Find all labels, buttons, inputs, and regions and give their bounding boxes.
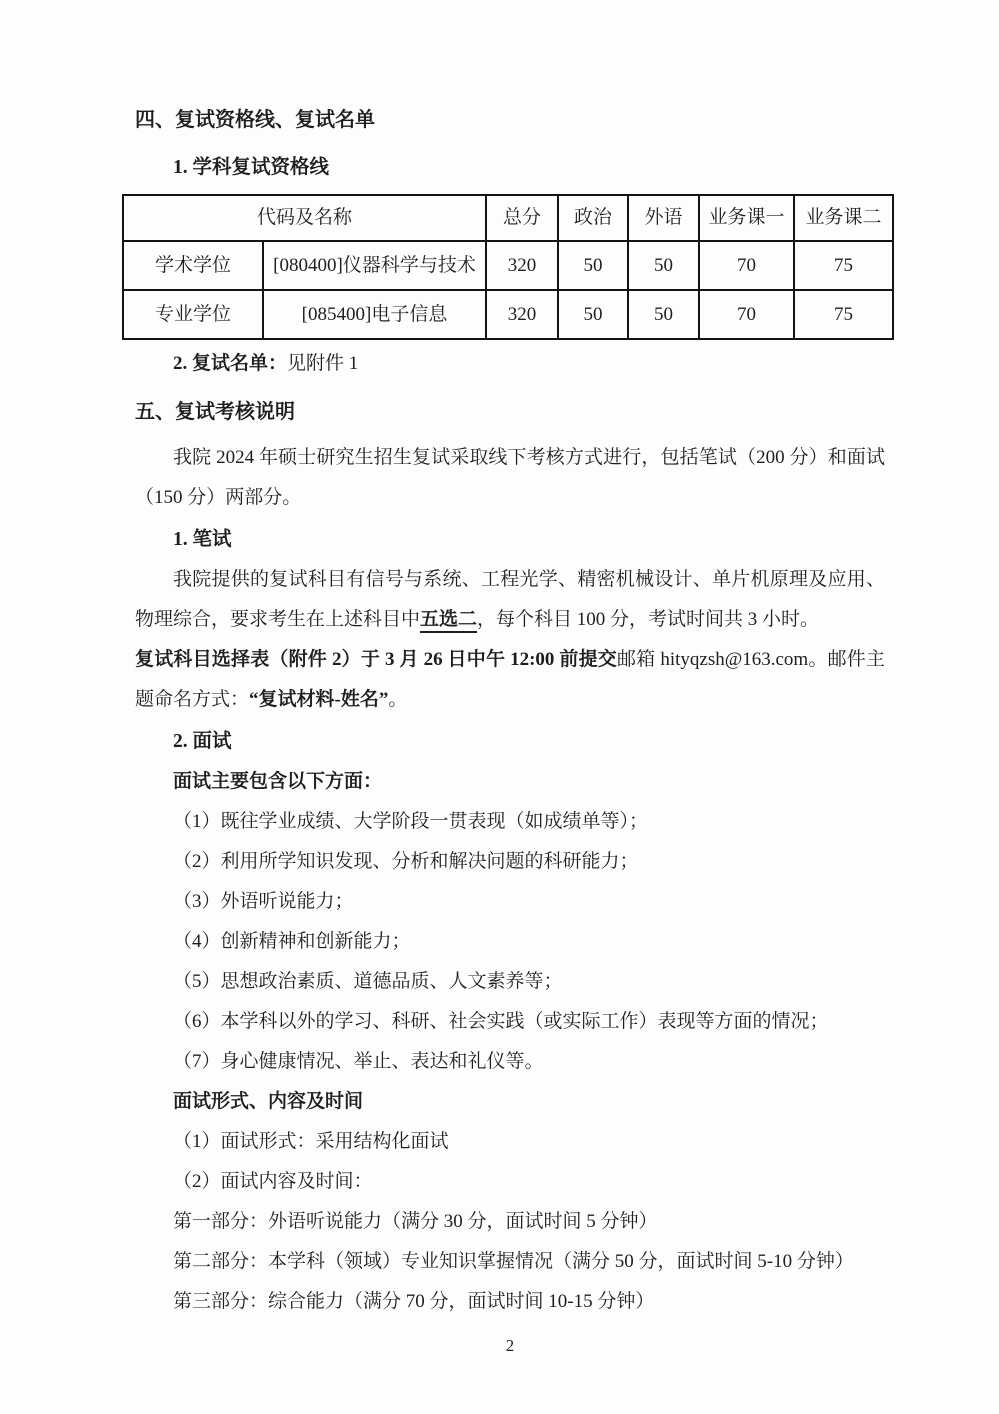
interview-part-item: 第三部分：综合能力（满分 70 分，面试时间 10-15 分钟） [135,1282,885,1322]
cell-politics: 50 [558,241,628,290]
cell-foreign-lang: 50 [628,241,699,290]
written-exam-text-2: ，每个科目 100 分，考试时间共 3 小时。 [477,609,819,630]
table-row-professional: 专业学位 [085400]电子信息 320 50 50 70 75 [123,290,893,339]
interview-part-item: 第二部分：本学科（领域）专业知识掌握情况（满分 50 分，面试时间 5-10 分… [135,1242,885,1282]
email-subject-format-text: “复试材料-姓名” [249,689,388,710]
cell-total: 320 [486,241,558,290]
section4-sub2-line: 2. 复试名单：见附件 1 [135,344,885,384]
submission-end-punct: 。 [388,689,407,710]
resit-list-value: 见附件 1 [287,353,358,374]
header-cell-course2: 业务课二 [794,195,893,241]
cell-course2: 75 [794,241,893,290]
table-row-academic: 学术学位 [080400]仪器科学与技术 320 50 50 70 75 [123,241,893,290]
document-page: 四、复试资格线、复试名单 1. 学科复试资格线 代码及名称 总分 政治 外语 业… [0,0,999,1414]
page-number: 2 [135,1330,885,1362]
interview-aspect-item: （4）创新精神和创新能力； [135,922,885,962]
interview-aspects-title: 面试主要包含以下方面： [135,762,885,802]
written-exam-paragraph: 我院提供的复试科目有信号与系统、工程光学、精密机械设计、单片机原理及应用、物理综… [135,560,885,640]
interview-aspect-item: （6）本学科以外的学习、科研、社会实践（或实际工作）表现等方面的情况； [135,1002,885,1042]
cell-course1: 70 [699,290,794,339]
header-cell-total: 总分 [486,195,558,241]
interview-aspect-item: （7）身心健康情况、举止、表达和礼仪等。 [135,1042,885,1082]
section4-heading: 四、复试资格线、复试名单 [135,100,885,140]
section5-heading: 五、复试考核说明 [135,392,885,432]
cell-degree-type: 专业学位 [123,290,263,339]
resit-list-label: 2. 复试名单： [173,353,287,374]
cell-course2: 75 [794,290,893,339]
cell-course1: 70 [699,241,794,290]
submission-deadline-text: 复试科目选择表（附件 2）于 3 月 26 日中午 12:00 前提交 [135,649,617,670]
section4-sub1-heading: 1. 学科复试资格线 [135,148,885,188]
interview-aspect-item: （2）利用所学知识发现、分析和解决问题的科研能力； [135,842,885,882]
subject-form-submission-paragraph: 复试科目选择表（附件 2）于 3 月 26 日中午 12:00 前提交邮箱 hi… [135,640,885,720]
interview-part-item: 第一部分：外语听说能力（满分 30 分，面试时间 5 分钟） [135,1202,885,1242]
cell-politics: 50 [558,290,628,339]
interview-format-item: （2）面试内容及时间： [135,1162,885,1202]
written-exam-heading: 1. 笔试 [135,520,885,560]
choose-two-of-five-highlight: 五选二 [420,609,477,633]
header-cell-politics: 政治 [558,195,628,241]
section5-intro-paragraph: 我院 2024 年硕士研究生招生复试采取线下考核方式进行，包括笔试（200 分）… [135,438,885,518]
interview-format-item: （1）面试形式：采用结构化面试 [135,1122,885,1162]
interview-heading: 2. 面试 [135,722,885,762]
cell-code-name: [080400]仪器科学与技术 [263,241,486,290]
interview-aspect-item: （3）外语听说能力； [135,882,885,922]
interview-aspect-item: （5）思想政治素质、道德品质、人文素养等； [135,962,885,1002]
header-cell-code-name: 代码及名称 [123,195,486,241]
score-line-table: 代码及名称 总分 政治 外语 业务课一 业务课二 学术学位 [080400]仪器… [122,194,894,340]
cell-total: 320 [486,290,558,339]
table-header-row: 代码及名称 总分 政治 外语 业务课一 业务课二 [123,195,893,241]
cell-foreign-lang: 50 [628,290,699,339]
interview-format-title: 面试形式、内容及时间 [135,1082,885,1122]
cell-degree-type: 学术学位 [123,241,263,290]
cell-code-name: [085400]电子信息 [263,290,486,339]
header-cell-course1: 业务课一 [699,195,794,241]
interview-aspect-item: （1）既往学业成绩、大学阶段一贯表现（如成绩单等）； [135,802,885,842]
header-cell-foreign-lang: 外语 [628,195,699,241]
